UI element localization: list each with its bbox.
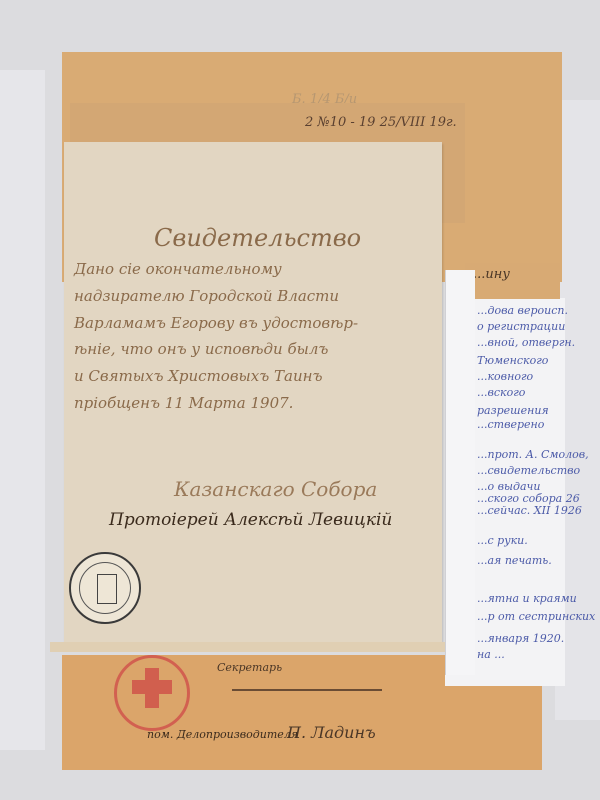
side-note-line: ...дова вероисп. (477, 304, 568, 317)
clerk-line: пом. Делопроизводителя (147, 728, 298, 741)
certificate-line-2: надзирателю Городской Власти (74, 287, 339, 305)
certificate-title: Свидетельство (154, 224, 361, 252)
envelope-margin-fragment: ...ину (465, 263, 560, 299)
side-note-line: ...января 1920. (477, 632, 564, 645)
red-cross-stamp (114, 655, 190, 731)
side-note-line: ...ковного (477, 370, 533, 383)
secretary-signature-stroke (232, 689, 382, 691)
side-note-line: разрешения (477, 404, 549, 417)
signature-cathedral: Казанскаго Собора (174, 477, 377, 501)
certificate-line-5: и Святыхъ Христовыхъ Таинъ (74, 367, 323, 385)
certificate-line-1: Дано сіе окончательному (74, 260, 282, 278)
certificate: Свидетельство Дано сіе окончательному на… (64, 142, 442, 642)
secretary-label: Секретарь (217, 661, 282, 674)
certificate-line-6: пріобщенъ 11 Марта 1907. (74, 394, 293, 412)
side-note-line: Тюменского (477, 354, 548, 367)
signature-priest: Протоіерей Алексѣй Левицкій (109, 510, 392, 530)
white-folder-left (0, 70, 45, 750)
side-note-line: ...р от сестринских (477, 610, 595, 623)
folio-number-note: 2 №10 - 19 25/VIII 19г. (305, 115, 457, 130)
certificate-line-3: Варламамъ Егорову въ удостовѣр- (74, 314, 358, 332)
side-note-line: ...сейчас. XII 1926 (477, 504, 582, 517)
side-note-line: ...прот. А. Смолов, (477, 448, 589, 461)
certificate-line-4: ѣніе, что онъ у исповѣди былъ (74, 340, 328, 358)
side-note-line: ...вского (477, 386, 525, 399)
side-note-line: ...ятна и краями (477, 592, 577, 605)
side-note-line: ...свидетельство (477, 464, 580, 477)
side-note-line: ...вной, отвергн. (477, 336, 575, 349)
cathedral-stamp (69, 552, 141, 624)
side-note-line: ...с руки. (477, 534, 528, 547)
side-note-line: о регистрации (477, 320, 565, 333)
vertical-strip (445, 270, 475, 675)
side-note-line: ...ая печать. (477, 554, 552, 567)
side-note-line: ...стверено (477, 418, 544, 431)
paper-edge (50, 642, 445, 652)
side-note-line: на ... (477, 648, 505, 661)
clerk-signature: П. Ладинъ (287, 723, 376, 742)
church-icon (97, 574, 117, 604)
